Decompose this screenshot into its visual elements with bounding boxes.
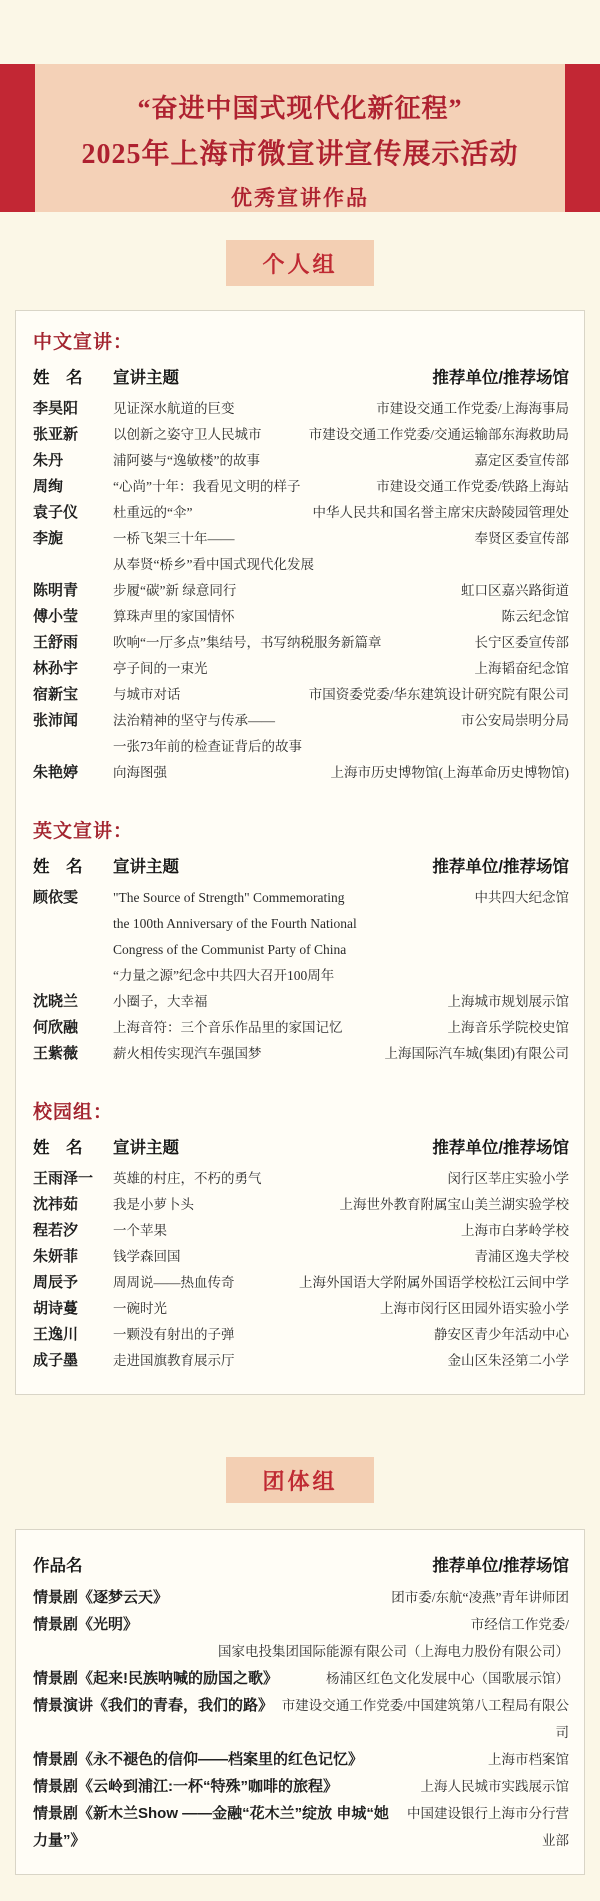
recommending-org: 杨浦区红色文化发展中心（国歌展示馆） bbox=[286, 1665, 569, 1692]
recommending-org: 陈云纪念馆 bbox=[245, 604, 570, 630]
speaker-row: 朱妍菲 钱学森回国 青浦区逸夫学校 bbox=[33, 1244, 569, 1270]
recommending-org: 金山区朱泾第二小学 bbox=[245, 1348, 570, 1374]
speech-topic: 小圈子，大幸福 bbox=[113, 989, 218, 1015]
speaker-name: 李旎 bbox=[33, 526, 113, 552]
individual-card: 中文宣讲： 姓 名 宣讲主题 推荐单位/推荐场馆 李昊阳 见证深水航道的巨变 市… bbox=[15, 310, 585, 1395]
speaker-name: 袁子仪 bbox=[33, 500, 113, 526]
speech-topic: 见证深水航道的巨变 bbox=[113, 396, 245, 422]
header-banner: “奋进中国式现代化新征程” 2025年上海市微宣讲宣传展示活动 优秀宣讲作品 bbox=[0, 64, 600, 212]
speech-topic: 一桥飞架三十年—— 从奉贤“桥乡”看中国式现代化发展 bbox=[113, 526, 324, 578]
column-header-org: 推荐单位/推荐场馆 bbox=[432, 1134, 569, 1158]
speaker-row: 朱丹 浦阿婆与“逸敏楼”的故事 嘉定区委宣传部 bbox=[33, 448, 569, 474]
recommending-org: 上海韬奋纪念馆 bbox=[218, 656, 570, 682]
speech-topic: 一个苹果 bbox=[113, 1218, 177, 1244]
team-card: 作品名 推荐单位/推荐场馆 情景剧《逐梦云天》 团市委/东航“凌燕”青年讲师团 … bbox=[15, 1529, 585, 1875]
speaker-row: 林孙宇 亭子间的一束光 上海韬奋纪念馆 bbox=[33, 656, 569, 682]
speaker-name: 王紫薇 bbox=[33, 1041, 113, 1067]
speech-topic: 一颗没有射出的子弹 bbox=[113, 1322, 245, 1348]
speaker-name: 朱艳婷 bbox=[33, 760, 113, 786]
campus-rows: 王雨泽一 英雄的村庄，不朽的勇气 闵行区莘庄实验小学 沈祎茹 我是小萝卜头 上海… bbox=[31, 1166, 569, 1374]
speaker-name: 成子墨 bbox=[33, 1348, 113, 1374]
speaker-row: 王舒雨 吹响“一厅多点”集结号，书写纳税服务新篇章 长宁区委宣传部 bbox=[33, 630, 569, 656]
speech-topic: 杜重远的“伞” bbox=[113, 500, 202, 526]
table-header: 姓 名 宣讲主题 推荐单位/推荐场馆 bbox=[33, 1134, 569, 1158]
recommending-org: 市公安局崇明分局 bbox=[312, 708, 569, 734]
column-header-topic: 宣讲主题 bbox=[113, 853, 432, 877]
recommending-org: 市经信工作党委/ 国家电投集团国际能源有限公司（上海电力股份有限公司） bbox=[146, 1611, 569, 1665]
section-heading-campus: 校园组： bbox=[33, 1097, 569, 1124]
work-title: 情景剧《云岭到浦江:一杯“特殊”咖啡的旅程》 bbox=[33, 1773, 346, 1800]
team-rows: 情景剧《逐梦云天》 团市委/东航“凌燕”青年讲师团 情景剧《光明》 市经信工作党… bbox=[31, 1584, 569, 1854]
work-row: 情景剧《逐梦云天》 团市委/东航“凌燕”青年讲师团 bbox=[33, 1584, 569, 1611]
speaker-row: 周绚 “心尚”十年：我看见文明的样子 市建设交通工作党委/铁路上海站 bbox=[33, 474, 569, 500]
speech-topic: 与城市对话 bbox=[113, 682, 191, 708]
speaker-name: 朱丹 bbox=[33, 448, 113, 474]
speech-topic: 浦阿婆与“逸敏楼”的故事 bbox=[113, 448, 270, 474]
speech-topic: 以创新之姿守卫人民城市 bbox=[113, 422, 272, 448]
speaker-name: 张沛闻 bbox=[33, 708, 113, 734]
speech-topic: 上海音符：三个音乐作品里的家国记忆 bbox=[113, 1015, 353, 1041]
work-row: 情景剧《光明》 市经信工作党委/ 国家电投集团国际能源有限公司（上海电力股份有限… bbox=[33, 1611, 569, 1665]
header-panel: “奋进中国式现代化新征程” 2025年上海市微宣讲宣传展示活动 优秀宣讲作品 bbox=[35, 64, 565, 212]
speaker-name: 林孙宇 bbox=[33, 656, 113, 682]
speaker-name: 朱妍菲 bbox=[33, 1244, 113, 1270]
speaker-row: 朱艳婷 向海图强 上海市历史博物馆(上海革命历史博物馆) bbox=[33, 760, 569, 786]
speech-topic: 我是小萝卜头 bbox=[113, 1192, 204, 1218]
speaker-row: 程若汐 一个苹果 上海市白茅岭学校 bbox=[33, 1218, 569, 1244]
recommending-org: 团市委/东航“凌燕”青年讲师团 bbox=[176, 1584, 569, 1611]
speech-topic: 英雄的村庄，不朽的勇气 bbox=[113, 1166, 272, 1192]
speech-topic: 钱学森回国 bbox=[113, 1244, 191, 1270]
speech-topic: 周周说——热血传奇 bbox=[113, 1270, 245, 1296]
recommending-org: 市建设交通工作党委/上海海事局 bbox=[245, 396, 570, 422]
chinese-rows: 李昊阳 见证深水航道的巨变 市建设交通工作党委/上海海事局 张亚新 以创新之姿守… bbox=[31, 396, 569, 786]
speaker-name: 周辰予 bbox=[33, 1270, 113, 1296]
recommending-org: 上海市历史博物馆(上海革命历史博物馆) bbox=[177, 760, 569, 786]
section-campus: 校园组： 姓 名 宣讲主题 推荐单位/推荐场馆 王雨泽一 英雄的村庄，不朽的勇气… bbox=[31, 1097, 569, 1374]
work-row: 情景剧《永不褪色的信仰——档案里的红色记忆》 上海市档案馆 bbox=[33, 1746, 569, 1773]
recommending-org: 中共四大纪念馆 bbox=[367, 885, 569, 911]
work-row: 情景演讲《我们的青春，我们的路》 市建设交通工作党委/中国建筑第八工程局有限公司 bbox=[33, 1692, 569, 1746]
speech-topic: "The Source of Strength" Commemorating t… bbox=[113, 885, 367, 989]
recommending-org: 嘉定区委宣传部 bbox=[270, 448, 569, 474]
speech-topic: 吹响“一厅多点”集结号，书写纳税服务新篇章 bbox=[113, 630, 391, 656]
recommending-org: 上海音乐学院校史馆 bbox=[353, 1015, 570, 1041]
speaker-name: 宿新宝 bbox=[33, 682, 113, 708]
section-heading-chinese: 中文宣讲： bbox=[33, 327, 569, 354]
recommending-org: 上海城市规划展示馆 bbox=[218, 989, 570, 1015]
individual-group-badge: 个人组 bbox=[226, 240, 374, 286]
recommending-org: 上海世外教育附属宝山美兰湖实验学校 bbox=[204, 1192, 569, 1218]
speaker-row: 王雨泽一 英雄的村庄，不朽的勇气 闵行区莘庄实验小学 bbox=[33, 1166, 569, 1192]
speech-topic: 向海图强 bbox=[113, 760, 177, 786]
speaker-name: 王雨泽一 bbox=[33, 1166, 113, 1192]
speaker-name: 何欣融 bbox=[33, 1015, 113, 1041]
work-title: 情景演讲《我们的青春，我们的路》 bbox=[33, 1692, 275, 1719]
section-chinese: 中文宣讲： 姓 名 宣讲主题 推荐单位/推荐场馆 李昊阳 见证深水航道的巨变 市… bbox=[31, 327, 569, 786]
recommending-org: 上海市闵行区田园外语实验小学 bbox=[177, 1296, 569, 1322]
work-row: 情景剧《新木兰Show ——金融“花木兰”绽放 申城“她力量”》 中国建设银行上… bbox=[33, 1800, 569, 1854]
speech-topic: 亭子间的一束光 bbox=[113, 656, 218, 682]
recommending-org: 中华人民共和国名誉主席宋庆龄陵园管理处 bbox=[202, 500, 569, 526]
poster-page: “奋进中国式现代化新征程” 2025年上海市微宣讲宣传展示活动 优秀宣讲作品 个… bbox=[0, 64, 600, 1901]
recommending-org: 市建设交通工作党委/交通运输部东海救助局 bbox=[272, 422, 570, 448]
speaker-row: 沈晓兰 小圈子，大幸福 上海城市规划展示馆 bbox=[33, 989, 569, 1015]
recommending-org: 上海人民城市实践展示馆 bbox=[346, 1773, 569, 1800]
work-row: 情景剧《云岭到浦江:一杯“特殊”咖啡的旅程》 上海人民城市实践展示馆 bbox=[33, 1773, 569, 1800]
work-row: 情景剧《起来!民族呐喊的励国之歌》 杨浦区红色文化发展中心（国歌展示馆） bbox=[33, 1665, 569, 1692]
recommending-org: 上海市白茅岭学校 bbox=[177, 1218, 569, 1244]
speaker-name: 陈明青 bbox=[33, 578, 113, 604]
work-title: 情景剧《新木兰Show ——金融“花木兰”绽放 申城“她力量”》 bbox=[33, 1800, 402, 1854]
speaker-name: 程若汐 bbox=[33, 1218, 113, 1244]
speaker-row: 王紫薇 薪火相传实现汽车强国梦 上海国际汽车城(集团)有限公司 bbox=[33, 1041, 569, 1067]
speaker-row: 傅小莹 算珠声里的家国情怀 陈云纪念馆 bbox=[33, 604, 569, 630]
speaker-row: 张亚新 以创新之姿守卫人民城市 市建设交通工作党委/交通运输部东海救助局 bbox=[33, 422, 569, 448]
column-header-topic: 宣讲主题 bbox=[113, 364, 432, 388]
recommending-org: 市国资委党委/华东建筑设计研究院有限公司 bbox=[191, 682, 570, 708]
recommending-org: 静安区青少年活动中心 bbox=[245, 1322, 570, 1348]
table-header: 姓 名 宣讲主题 推荐单位/推荐场馆 bbox=[33, 853, 569, 877]
work-title: 情景剧《光明》 bbox=[33, 1611, 146, 1638]
speech-topic: 算珠声里的家国情怀 bbox=[113, 604, 245, 630]
speaker-row: 陈明青 步履“碳”新 绿意同行 虹口区嘉兴路街道 bbox=[33, 578, 569, 604]
column-header-topic: 宣讲主题 bbox=[113, 1134, 432, 1158]
recommending-org: 上海国际汽车城(集团)有限公司 bbox=[272, 1041, 570, 1067]
column-header-work: 作品名 bbox=[33, 1552, 432, 1576]
recommending-org: 上海市档案馆 bbox=[371, 1746, 569, 1773]
recommending-org: 虹口区嘉兴路街道 bbox=[246, 578, 569, 604]
recommending-org: 市建设交通工作党委/铁路上海站 bbox=[310, 474, 569, 500]
recommending-org: 长宁区委宣传部 bbox=[391, 630, 569, 656]
speech-topic: 走进国旗教育展示厅 bbox=[113, 1348, 245, 1374]
speaker-name: 顾依雯 bbox=[33, 885, 113, 911]
speaker-row: 成子墨 走进国旗教育展示厅 金山区朱泾第二小学 bbox=[33, 1348, 569, 1374]
speaker-row: 王逸川 一颗没有射出的子弹 静安区青少年活动中心 bbox=[33, 1322, 569, 1348]
speaker-row: 顾依雯 "The Source of Strength" Commemorati… bbox=[33, 885, 569, 989]
work-title: 情景剧《逐梦云天》 bbox=[33, 1584, 176, 1611]
speech-topic: “心尚”十年：我看见文明的样子 bbox=[113, 474, 310, 500]
speaker-row: 沈祎茹 我是小萝卜头 上海世外教育附属宝山美兰湖实验学校 bbox=[33, 1192, 569, 1218]
speaker-row: 胡诗蔓 一碗时光 上海市闵行区田园外语实验小学 bbox=[33, 1296, 569, 1322]
speaker-row: 袁子仪 杜重远的“伞” 中华人民共和国名誉主席宋庆龄陵园管理处 bbox=[33, 500, 569, 526]
english-rows: 顾依雯 "The Source of Strength" Commemorati… bbox=[31, 885, 569, 1067]
event-subtitle: 优秀宣讲作品 bbox=[35, 182, 565, 212]
column-header-org: 推荐单位/推荐场馆 bbox=[432, 853, 569, 877]
column-header-name: 姓 名 bbox=[33, 1134, 113, 1158]
speech-topic: 法治精神的坚守与传承—— 一张73年前的检查证背后的故事 bbox=[113, 708, 312, 760]
speaker-name: 沈晓兰 bbox=[33, 989, 113, 1015]
speaker-row: 李旎 一桥飞架三十年—— 从奉贤“桥乡”看中国式现代化发展 奉贤区委宣传部 bbox=[33, 526, 569, 578]
event-theme-title: “奋进中国式现代化新征程” bbox=[35, 88, 565, 125]
table-header: 作品名 推荐单位/推荐场馆 bbox=[33, 1552, 569, 1576]
recommending-org: 中国建设银行上海市分行营业部 bbox=[402, 1800, 569, 1854]
column-header-org: 推荐单位/推荐场馆 bbox=[432, 364, 569, 388]
speaker-row: 张沛闻 法治精神的坚守与传承—— 一张73年前的检查证背后的故事 市公安局崇明分… bbox=[33, 708, 569, 760]
header-right-bar bbox=[565, 64, 600, 212]
work-title: 情景剧《起来!民族呐喊的励国之歌》 bbox=[33, 1665, 286, 1692]
speaker-name: 沈祎茹 bbox=[33, 1192, 113, 1218]
speaker-row: 李昊阳 见证深水航道的巨变 市建设交通工作党委/上海海事局 bbox=[33, 396, 569, 422]
section-english: 英文宣讲： 姓 名 宣讲主题 推荐单位/推荐场馆 顾依雯 "The Source… bbox=[31, 816, 569, 1067]
recommending-org: 闵行区莘庄实验小学 bbox=[272, 1166, 570, 1192]
speech-topic: 薪火相传实现汽车强国梦 bbox=[113, 1041, 272, 1067]
recommending-org: 市建设交通工作党委/中国建筑第八工程局有限公司 bbox=[275, 1692, 569, 1746]
recommending-org: 上海外国语大学附属外国语学校松江云间中学 bbox=[245, 1270, 570, 1296]
column-header-name: 姓 名 bbox=[33, 853, 113, 877]
speech-topic: 一碗时光 bbox=[113, 1296, 177, 1322]
header-left-bar bbox=[0, 64, 35, 212]
event-name-title: 2025年上海市微宣讲宣传展示活动 bbox=[35, 132, 565, 172]
speaker-row: 周辰予 周周说——热血传奇 上海外国语大学附属外国语学校松江云间中学 bbox=[33, 1270, 569, 1296]
speaker-name: 张亚新 bbox=[33, 422, 113, 448]
speaker-name: 王逸川 bbox=[33, 1322, 113, 1348]
speaker-name: 胡诗蔓 bbox=[33, 1296, 113, 1322]
speech-topic: 步履“碳”新 绿意同行 bbox=[113, 578, 246, 604]
recommending-org: 奉贤区委宣传部 bbox=[324, 526, 569, 552]
recommending-org: 青浦区逸夫学校 bbox=[191, 1244, 570, 1270]
column-header-org: 推荐单位/推荐场馆 bbox=[432, 1552, 569, 1576]
speaker-name: 周绚 bbox=[33, 474, 113, 500]
speaker-row: 何欣融 上海音符：三个音乐作品里的家国记忆 上海音乐学院校史馆 bbox=[33, 1015, 569, 1041]
section-heading-english: 英文宣讲： bbox=[33, 816, 569, 843]
speaker-row: 宿新宝 与城市对话 市国资委党委/华东建筑设计研究院有限公司 bbox=[33, 682, 569, 708]
team-group-badge: 团体组 bbox=[226, 1457, 374, 1503]
speaker-name: 傅小莹 bbox=[33, 604, 113, 630]
speaker-name: 王舒雨 bbox=[33, 630, 113, 656]
speaker-name: 李昊阳 bbox=[33, 396, 113, 422]
column-header-name: 姓 名 bbox=[33, 364, 113, 388]
work-title: 情景剧《永不褪色的信仰——档案里的红色记忆》 bbox=[33, 1746, 371, 1773]
table-header: 姓 名 宣讲主题 推荐单位/推荐场馆 bbox=[33, 364, 569, 388]
